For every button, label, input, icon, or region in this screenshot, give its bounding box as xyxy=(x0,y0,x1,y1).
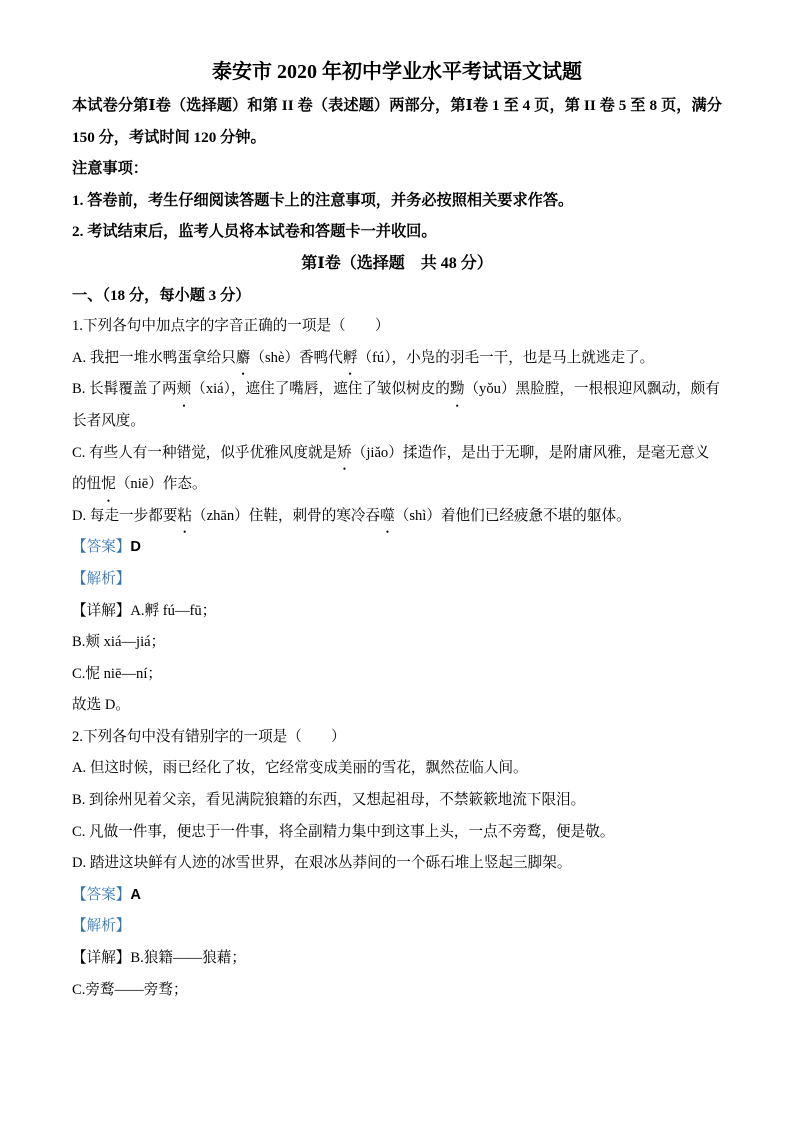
question-1-detail-4: 故选 D。 xyxy=(72,690,722,722)
option-text-segment: （fú），小凫的羽毛一干，也是马上就逃走了。 xyxy=(357,350,654,366)
option-text-segment: （niē）作态。 xyxy=(116,476,207,492)
document-title: 泰安市 2020 年初中学业水平考试语文试题 xyxy=(72,56,722,88)
exam-info-paragraph: 本试卷分第Ⅰ卷（选择题）和第 II 卷（表述题）两部分，第Ⅰ卷 1 至 4 页，… xyxy=(72,90,722,153)
emphasized-char: 孵 xyxy=(343,343,358,375)
option-text-segment: （shè）香鸭代 xyxy=(250,350,342,366)
question-1-detail-2: B.颊 xiá—jiá； xyxy=(72,627,722,659)
question-1-stem: 1.下列各句中加点字的字音正确的一项是（ ） xyxy=(72,311,722,343)
answer-label: 【答案】 xyxy=(72,887,130,903)
question-1-detail-1: 【详解】A.孵 fú—fū； xyxy=(72,596,722,628)
option-text-segment: D. 每走一步都要 xyxy=(72,508,177,524)
emphasized-char: 颊 xyxy=(177,374,192,406)
notice-item-2: 2. 考试结束后，监考人员将本试卷和答题卡一并收回。 xyxy=(72,216,722,248)
question-1-option-c: C. 有些人有一种错觉，似乎优雅风度就是矫（jiǎo）揉造作，是出于无聊，是附庸… xyxy=(72,438,722,501)
question-2-option-d: D. 踏进这块鲜有人迹的冰雪世界，在艰冰丛莽间的一个砾石堆上竖起三脚架。 xyxy=(72,848,722,880)
question-2-stem: 2.下列各句中没有错别字的一项是（ ） xyxy=(72,722,722,754)
emphasized-char: 黝 xyxy=(450,374,465,406)
emphasized-char: 粘 xyxy=(177,501,192,533)
part-1-heading: 一、（18 分，每小题 3 分） xyxy=(72,280,722,312)
question-1-answer-value: D xyxy=(130,539,141,555)
option-text-segment: C. 有些人有一种错觉，似乎优雅风度就是 xyxy=(72,445,337,461)
question-2-answer-line: 【答案】A xyxy=(72,880,722,912)
emphasized-char: 怩 xyxy=(101,469,116,501)
option-text-segment: （shì）着他们已经疲惫不堪的躯体。 xyxy=(395,508,631,524)
question-1: 1.下列各句中加点字的字音正确的一项是（ ） A. 我把一堆水鸭蛋拿给只麝（sh… xyxy=(72,311,722,722)
question-1-analysis-line: 【解析】 xyxy=(72,564,722,596)
notice-item-1: 1. 答卷前，考生仔细阅读答题卡上的注意事项，并务必按照相关要求作答。 xyxy=(72,185,722,217)
option-text-segment: D. 踏进这块鲜有人迹的冰雪世界，在艰冰丛莽间的一个砾石堆上竖起三脚架。 xyxy=(72,855,571,871)
question-2-detail-2: C.旁鹜——旁骛； xyxy=(72,975,722,1007)
emphasized-char: 矫 xyxy=(337,438,352,470)
exam-document-page: 泰安市 2020 年初中学业水平考试语文试题 本试卷分第Ⅰ卷（选择题）和第 II… xyxy=(0,0,793,1122)
question-2-option-b: B. 到徐州见着父亲，看见满院狼籍的东西，又想起祖母，不禁簌簌地流下限泪。 xyxy=(72,785,722,817)
option-text-segment: A. 我把一堆水鸭蛋拿给只 xyxy=(72,350,236,366)
section-1-heading: 第Ⅰ卷（选择题 共 48 分） xyxy=(72,248,722,280)
question-2-option-c: C. 凡做一件事，便忠于一件事，将全副精力集中到这事上头，一点不旁鹜，便是敬。 xyxy=(72,817,722,849)
option-text-segment: （zhān）住鞋，刺骨的寒冷吞 xyxy=(192,508,380,524)
option-text-segment: A. 但这时候，雨已经化了妆，它经常变成美丽的雪花，飘然莅临人间。 xyxy=(72,760,528,776)
option-text-segment: C. 凡做一件事，便忠于一件事，将全副精力集中到这事上头，一点不旁鹜，便是敬。 xyxy=(72,824,614,840)
question-2-option-a: A. 但这时候，雨已经化了妆，它经常变成美丽的雪花，飘然莅临人间。 xyxy=(72,753,722,785)
question-1-option-a: A. 我把一堆水鸭蛋拿给只麝（shè）香鸭代孵（fú），小凫的羽毛一干，也是马上… xyxy=(72,343,722,375)
option-text-segment: B. 长髯覆盖了两 xyxy=(72,381,177,397)
question-2: 2.下列各句中没有错别字的一项是（ ） A. 但这时候，雨已经化了妆，它经常变成… xyxy=(72,722,722,1006)
question-1-detail-3: C.怩 niē—ní； xyxy=(72,659,722,691)
emphasized-char: 麝 xyxy=(236,343,251,375)
analysis-label: 【解析】 xyxy=(72,571,130,587)
option-text-segment: （xiá），遮住了嘴唇，遮住了皱似树皮的 xyxy=(191,381,450,397)
emphasized-char: 噬 xyxy=(380,501,395,533)
question-2-analysis-line: 【解析】 xyxy=(72,911,722,943)
notice-title: 注意事项： xyxy=(72,153,722,185)
option-text-segment: B. 到徐州见着父亲，看见满院狼籍的东西，又想起祖母，不禁簌簌地流下限泪。 xyxy=(72,792,585,808)
analysis-label: 【解析】 xyxy=(72,918,130,934)
question-1-answer-line: 【答案】D xyxy=(72,532,722,564)
answer-label: 【答案】 xyxy=(72,539,130,555)
question-1-option-d: D. 每走一步都要粘（zhān）住鞋，刺骨的寒冷吞噬（shì）着他们已经疲惫不堪… xyxy=(72,501,722,533)
question-2-detail-1: 【详解】B.狼籍——狼藉； xyxy=(72,943,722,975)
question-1-option-b: B. 长髯覆盖了两颊（xiá），遮住了嘴唇，遮住了皱似树皮的黝（yǒu）黑脸膛，… xyxy=(72,374,722,437)
question-2-answer-value: A xyxy=(130,887,141,903)
